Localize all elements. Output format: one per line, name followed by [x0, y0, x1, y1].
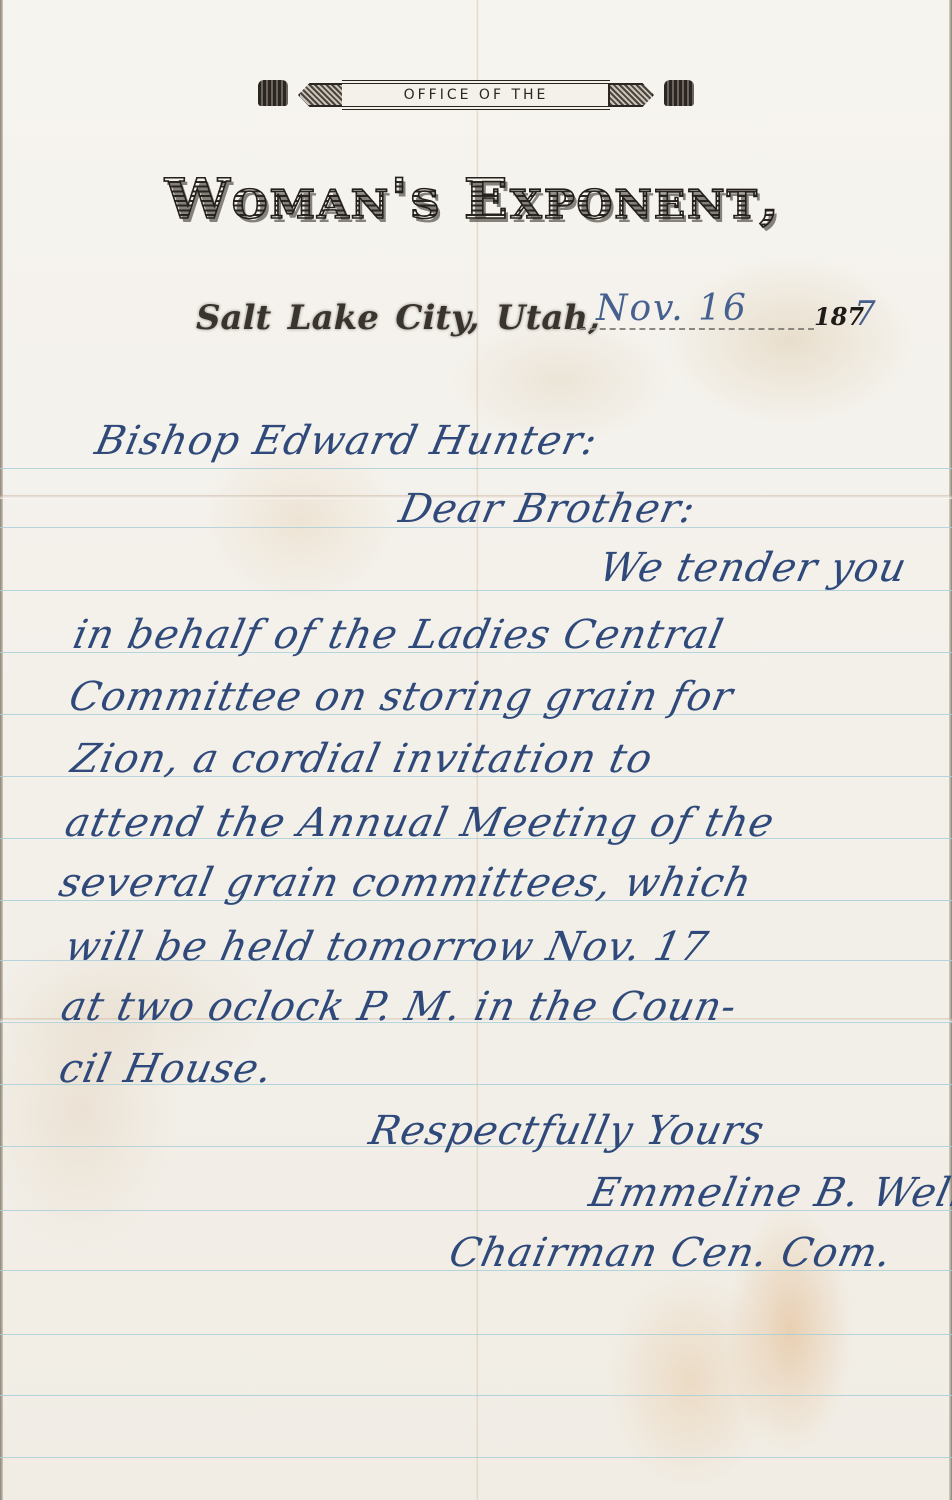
ruled-line — [0, 468, 952, 469]
body-line: Committee on storing grain for — [65, 674, 737, 720]
tassel-ornament-icon — [258, 80, 288, 106]
banner-arrow-ornament-icon — [298, 83, 344, 107]
body-line: cil House. — [55, 1046, 277, 1092]
paper-edge-left — [0, 0, 3, 1500]
ruled-line — [0, 1395, 952, 1396]
place-word: Utah, — [496, 298, 600, 338]
signature: Emmeline B. Wells — [585, 1170, 952, 1216]
tassel-ornament-icon — [664, 80, 694, 106]
signature-title: Chairman Cen. Com. — [445, 1230, 896, 1276]
body-line: several grain committees, which — [55, 860, 756, 906]
body-line: We tender you — [595, 545, 911, 591]
body-line: will be held tomorrow Nov. 17 — [61, 924, 712, 970]
office-banner: OFFICE OF THE — [258, 78, 694, 108]
dateline: Salt Lake City, Utah, Nov. 16 187 7 — [196, 292, 896, 342]
salutation-addressee: Bishop Edward Hunter: — [91, 418, 602, 464]
body-line: attend the Annual Meeting of the — [61, 800, 779, 846]
banner-arrow-ornament-icon — [608, 83, 654, 107]
ruled-line — [0, 1334, 952, 1335]
letter-page: OFFICE OF THE Woman's Exponent, Salt Lak… — [0, 0, 952, 1500]
closing: Respectfully Yours — [365, 1108, 769, 1154]
handwritten-date: Nov. 16 — [596, 288, 748, 329]
ruled-line — [0, 1457, 952, 1458]
banner-label: OFFICE OF THE — [342, 80, 610, 110]
body-line: in behalf of the Ladies Central — [69, 612, 728, 658]
body-line: Zion, a cordial invitation to — [67, 736, 657, 782]
place-word: Lake — [288, 298, 379, 338]
place-name: Salt Lake City, Utah, — [196, 298, 600, 338]
place-word: Salt — [196, 298, 271, 338]
masthead-title: Woman's Exponent, — [62, 167, 884, 232]
handwritten-year-digit: 7 — [854, 294, 876, 334]
greeting: Dear Brother: — [395, 486, 700, 532]
place-word: City, — [395, 298, 479, 338]
body-line: at two oclock P. M. in the Coun- — [57, 984, 741, 1030]
